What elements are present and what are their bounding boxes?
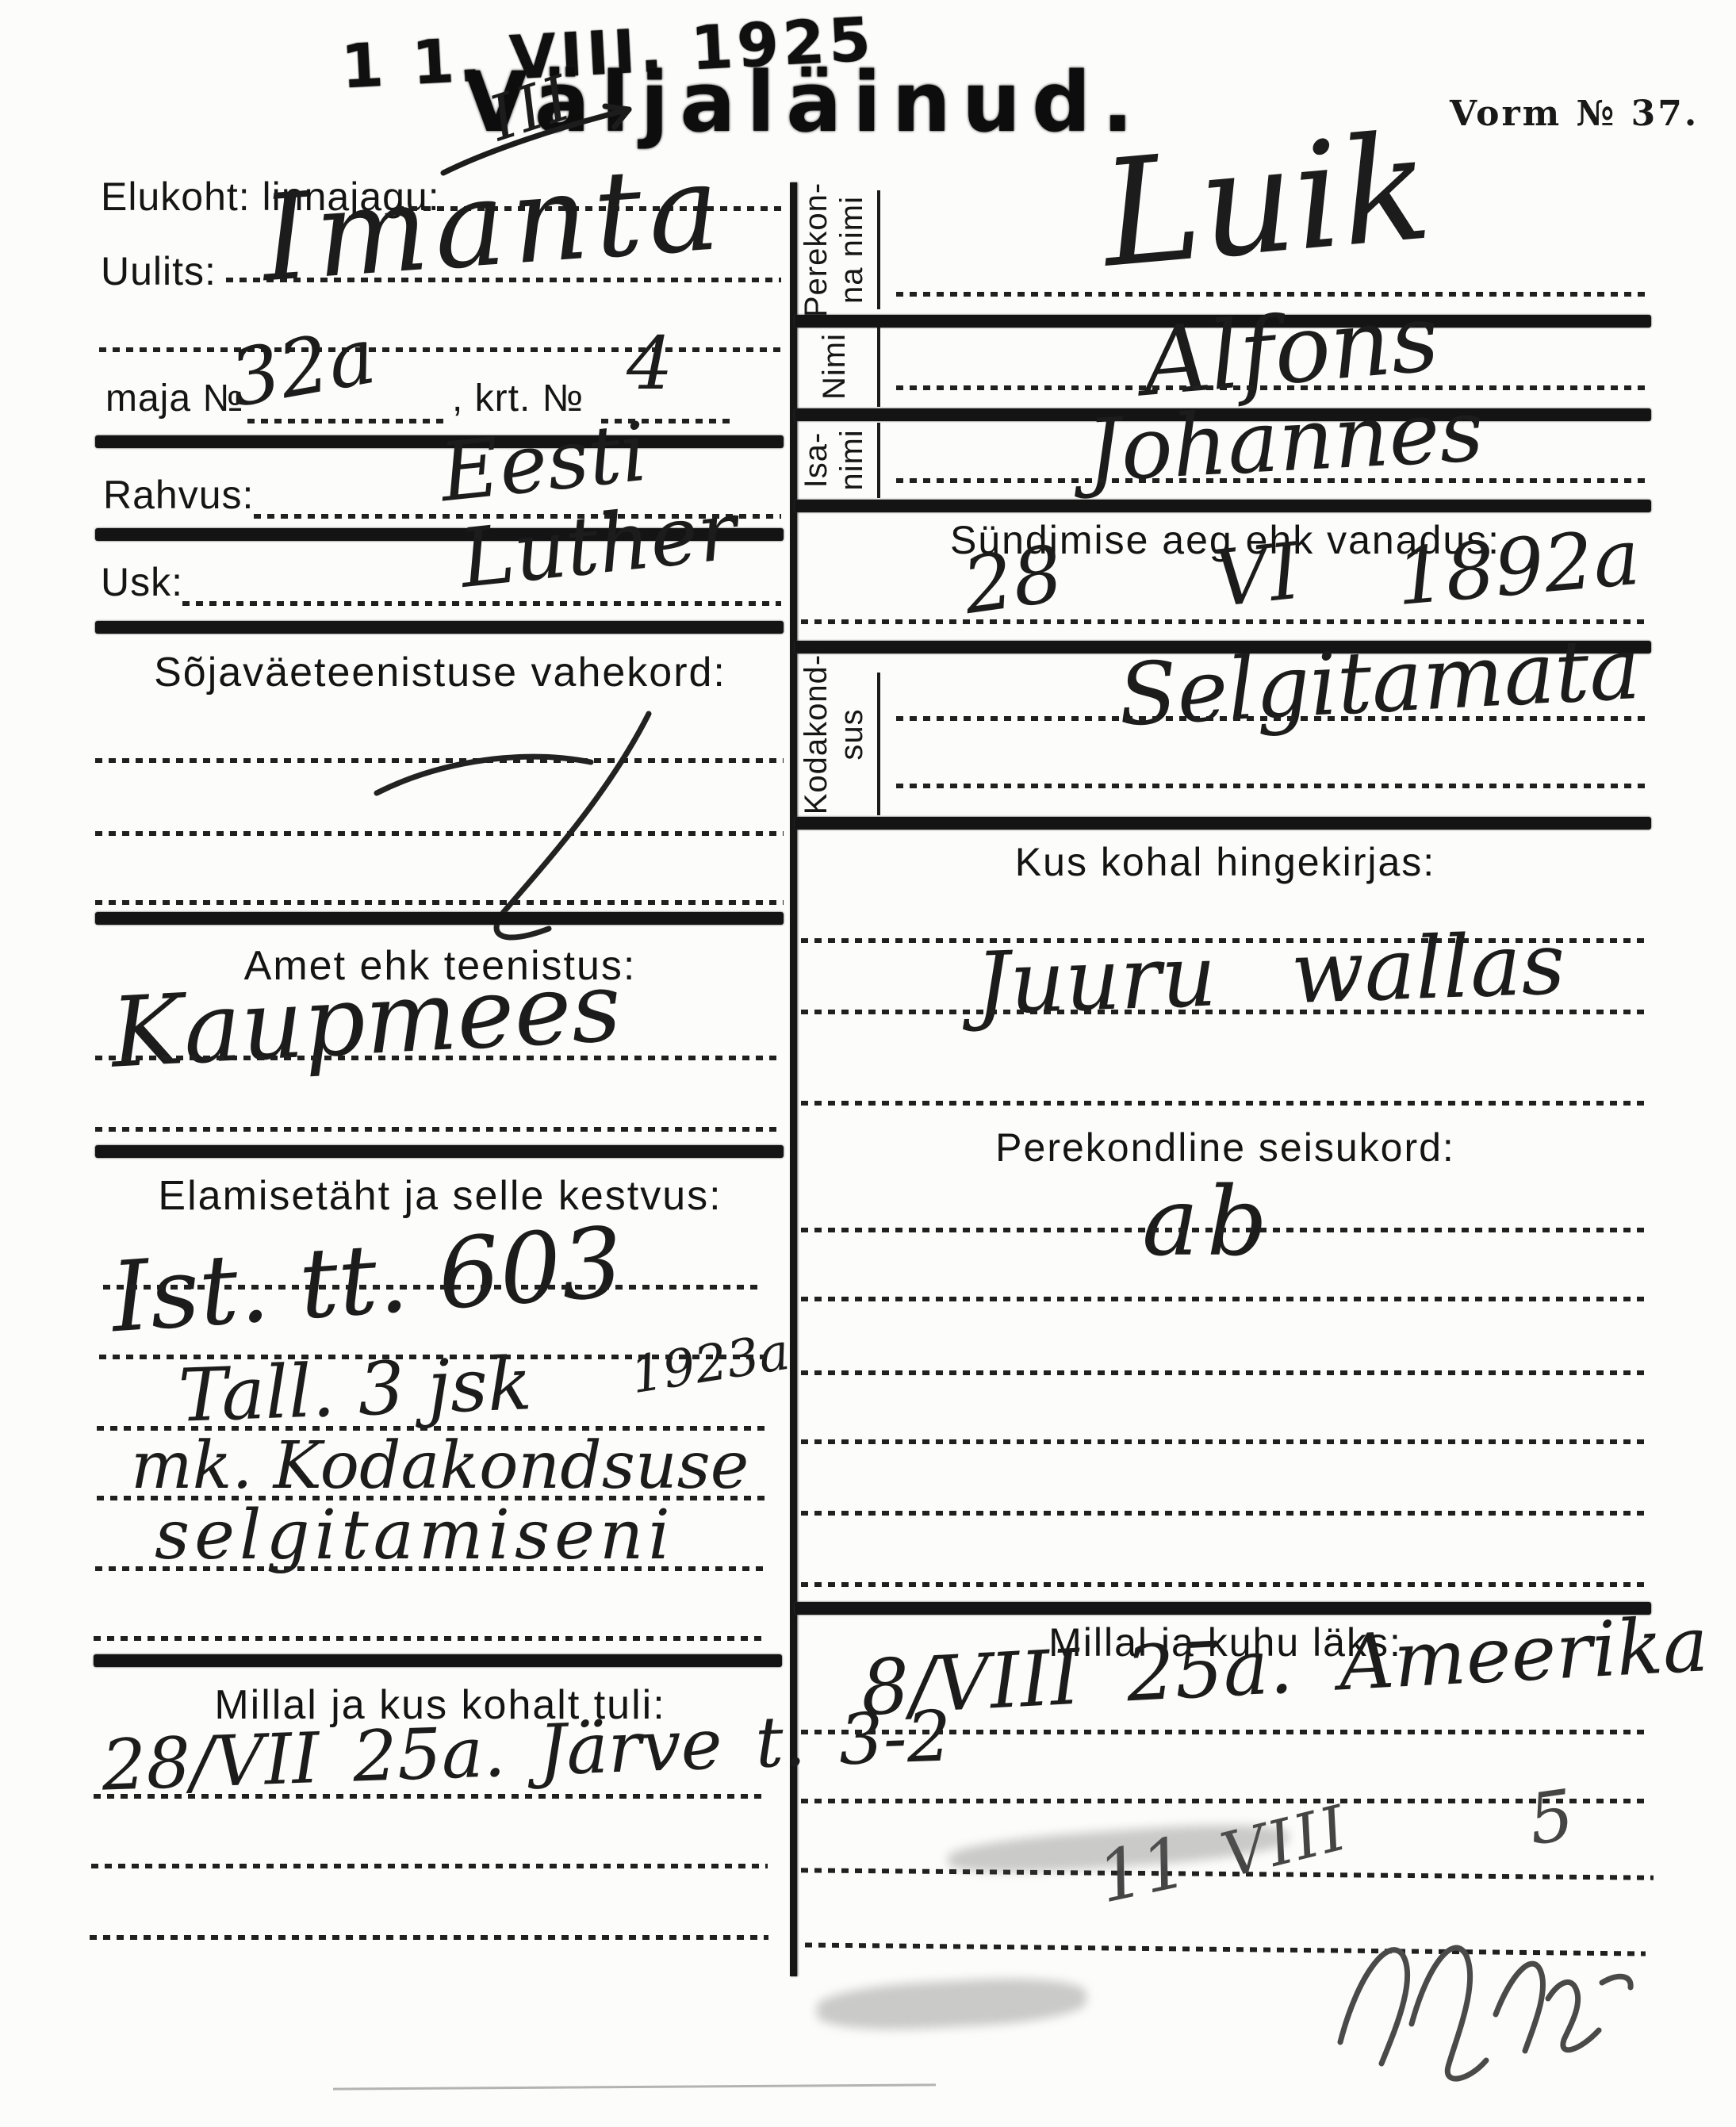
rahvus-label: Rahvus:	[103, 474, 254, 516]
dotted-line	[896, 716, 1650, 721]
uulits-label: Uulits:	[101, 251, 217, 293]
dotted-line	[90, 1935, 768, 1940]
uulits-value: Imanta	[259, 155, 729, 293]
marital-heading: Perekondline seisukord:	[801, 1125, 1650, 1171]
dotted-line	[801, 1370, 1650, 1375]
dotted-line	[801, 1582, 1650, 1587]
section-bar	[95, 1145, 784, 1158]
dotted-line	[94, 1794, 768, 1799]
dotted-line	[801, 1439, 1650, 1444]
dotted-line	[801, 1799, 1650, 1803]
section-bar	[95, 912, 784, 925]
signature	[1316, 1880, 1713, 2086]
surname-value: Luik	[1098, 121, 1435, 281]
section-bar	[795, 817, 1651, 830]
dotted-line	[103, 1285, 763, 1290]
dotted-line	[896, 478, 1650, 483]
dotted-line	[247, 419, 446, 423]
dotted-line	[801, 938, 1650, 943]
permit-line3: mk. Kodakondsuse	[131, 1437, 749, 1496]
permit-line2-year: 1923a	[628, 1330, 793, 1400]
sub-divider	[877, 423, 880, 498]
sub-divider	[877, 190, 880, 309]
registration-card: 1 1. VIII. 1925 Väljaläinud. Vorm № 37. …	[0, 0, 1736, 2127]
maja-value: 32a	[225, 321, 381, 416]
maja-label: maja №	[105, 379, 244, 419]
sub-divider	[877, 328, 880, 407]
birth-month-value: VI	[1210, 537, 1304, 615]
permit-heading: Elamisetäht ja selle kestvus:	[99, 1172, 781, 1220]
krt-value: 4	[627, 332, 673, 397]
surname-label: Perekon- na nimi	[791, 182, 878, 317]
registry-heading: Kus kohal hingekirjas:	[801, 839, 1650, 885]
dotted-line	[801, 1297, 1650, 1301]
section-bar	[795, 500, 1651, 512]
pencil-stroke	[333, 2083, 936, 2090]
permit-line1: Ist. tt. 603	[109, 1220, 626, 1343]
dotted-line	[95, 1127, 779, 1132]
dotted-line	[94, 1636, 768, 1641]
dotted-line	[91, 1864, 768, 1868]
dotted-line	[801, 1228, 1650, 1232]
strike-mark	[333, 678, 698, 952]
note-number-value: 5	[1525, 1783, 1577, 1851]
marital-value: ab	[1142, 1180, 1275, 1266]
dotted-line	[896, 784, 1650, 788]
patronymic-value: Johannes	[1085, 393, 1485, 490]
dotted-line	[896, 385, 1650, 390]
dotted-line	[99, 1355, 769, 1359]
citizenship-label: Kodakond- sus	[791, 651, 878, 818]
dotted-line	[801, 1101, 1650, 1106]
usk-value: Luther	[457, 495, 740, 596]
dotted-line	[99, 347, 783, 352]
sub-divider	[877, 673, 880, 815]
faint-stamp-smudge	[816, 1974, 1088, 2034]
section-bar	[95, 621, 784, 634]
dotted-line	[801, 1730, 1650, 1734]
birth-year-value: 1892a	[1393, 523, 1642, 614]
occupation-value: Kaupmees	[109, 964, 623, 1077]
birth-day-value: 28	[959, 539, 1067, 623]
form-number: Vorm № 37.	[1450, 94, 1699, 134]
usk-label: Usk:	[101, 561, 183, 604]
dotted-line	[95, 1566, 765, 1571]
section-bar	[94, 1654, 782, 1667]
permit-line4: selgitamiseni	[155, 1505, 675, 1566]
dotted-line	[801, 1010, 1650, 1014]
permit-line2: Tall. 3 jsk	[178, 1351, 533, 1429]
dotted-line	[95, 1056, 779, 1060]
dotted-line	[801, 619, 1650, 624]
dotted-line	[801, 1511, 1650, 1516]
